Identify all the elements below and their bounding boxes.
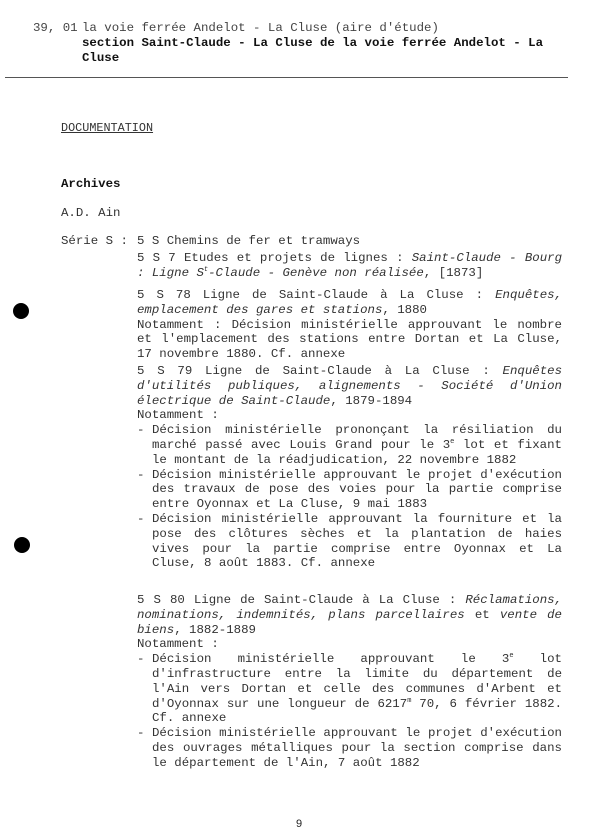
entry-cote: 5 S 80 xyxy=(137,593,185,607)
entry-items: Décision ministérielle approuvant le 3e … xyxy=(137,652,562,770)
document-reference: 39, 01 xyxy=(33,21,78,36)
entry-notamment: Notamment : xyxy=(137,637,562,652)
entry-cote: 5 S 79 xyxy=(137,364,192,378)
header-title: section Saint-Claude - La Cluse de la vo… xyxy=(82,36,562,66)
archive-entry-5s78: 5 S 78 Ligne de Saint-Claude à La Cluse … xyxy=(137,288,562,362)
list-item: Décision ministérielle prononçant la rés… xyxy=(137,423,562,467)
entry-date: , 1880 xyxy=(382,303,427,317)
archives-heading: Archives xyxy=(61,177,121,191)
header-divider xyxy=(5,77,568,78)
entry-cote: 5 S 7 xyxy=(137,251,176,265)
serie-title: 5 S Chemins de fer et tramways xyxy=(137,234,360,248)
list-item: Décision ministérielle approuvant le 3e … xyxy=(137,652,562,726)
archives-repository: A.D. Ain xyxy=(61,206,121,220)
punch-hole-top xyxy=(13,303,29,319)
entry-title: Ligne de Saint-Claude à La Cluse : xyxy=(203,288,483,302)
page-number: 9 xyxy=(296,818,302,830)
archive-entry-5s79: 5 S 79 Ligne de Saint-Claude à La Cluse … xyxy=(137,364,562,571)
entry-date: , 1879-1894 xyxy=(330,394,412,408)
archive-entry-5s7: 5 S 7 Etudes et projets de lignes : Sain… xyxy=(137,251,562,281)
entry-cote: 5 S 78 xyxy=(137,288,191,302)
header-subject: la voie ferrée Andelot - La Cluse (aire … xyxy=(82,21,562,36)
list-item: Décision ministérielle approuvant le pro… xyxy=(137,468,562,512)
entry-note: Notamment : Décision ministérielle appro… xyxy=(137,318,562,362)
entry-date: , 1882-1889 xyxy=(174,623,256,637)
list-item: Décision ministérielle approuvant le pro… xyxy=(137,726,562,770)
entry-title: Etudes et projets de lignes : xyxy=(184,251,404,265)
list-item: Décision ministérielle approuvant la fou… xyxy=(137,512,562,571)
entry-date: , [1873] xyxy=(424,266,484,280)
entry-title: Ligne de Saint-Claude à La Cluse : xyxy=(194,593,456,607)
section-title: DOCUMENTATION xyxy=(61,121,153,135)
entry-notamment: Notamment : xyxy=(137,408,562,423)
archive-entry-5s80: 5 S 80 Ligne de Saint-Claude à La Cluse … xyxy=(137,593,562,771)
punch-hole-bottom xyxy=(14,537,30,553)
entry-title: Ligne de Saint-Claude à La Cluse : xyxy=(205,364,490,378)
entry-items: Décision ministérielle prononçant la rés… xyxy=(137,423,562,571)
serie-label: Série S : xyxy=(61,234,128,248)
